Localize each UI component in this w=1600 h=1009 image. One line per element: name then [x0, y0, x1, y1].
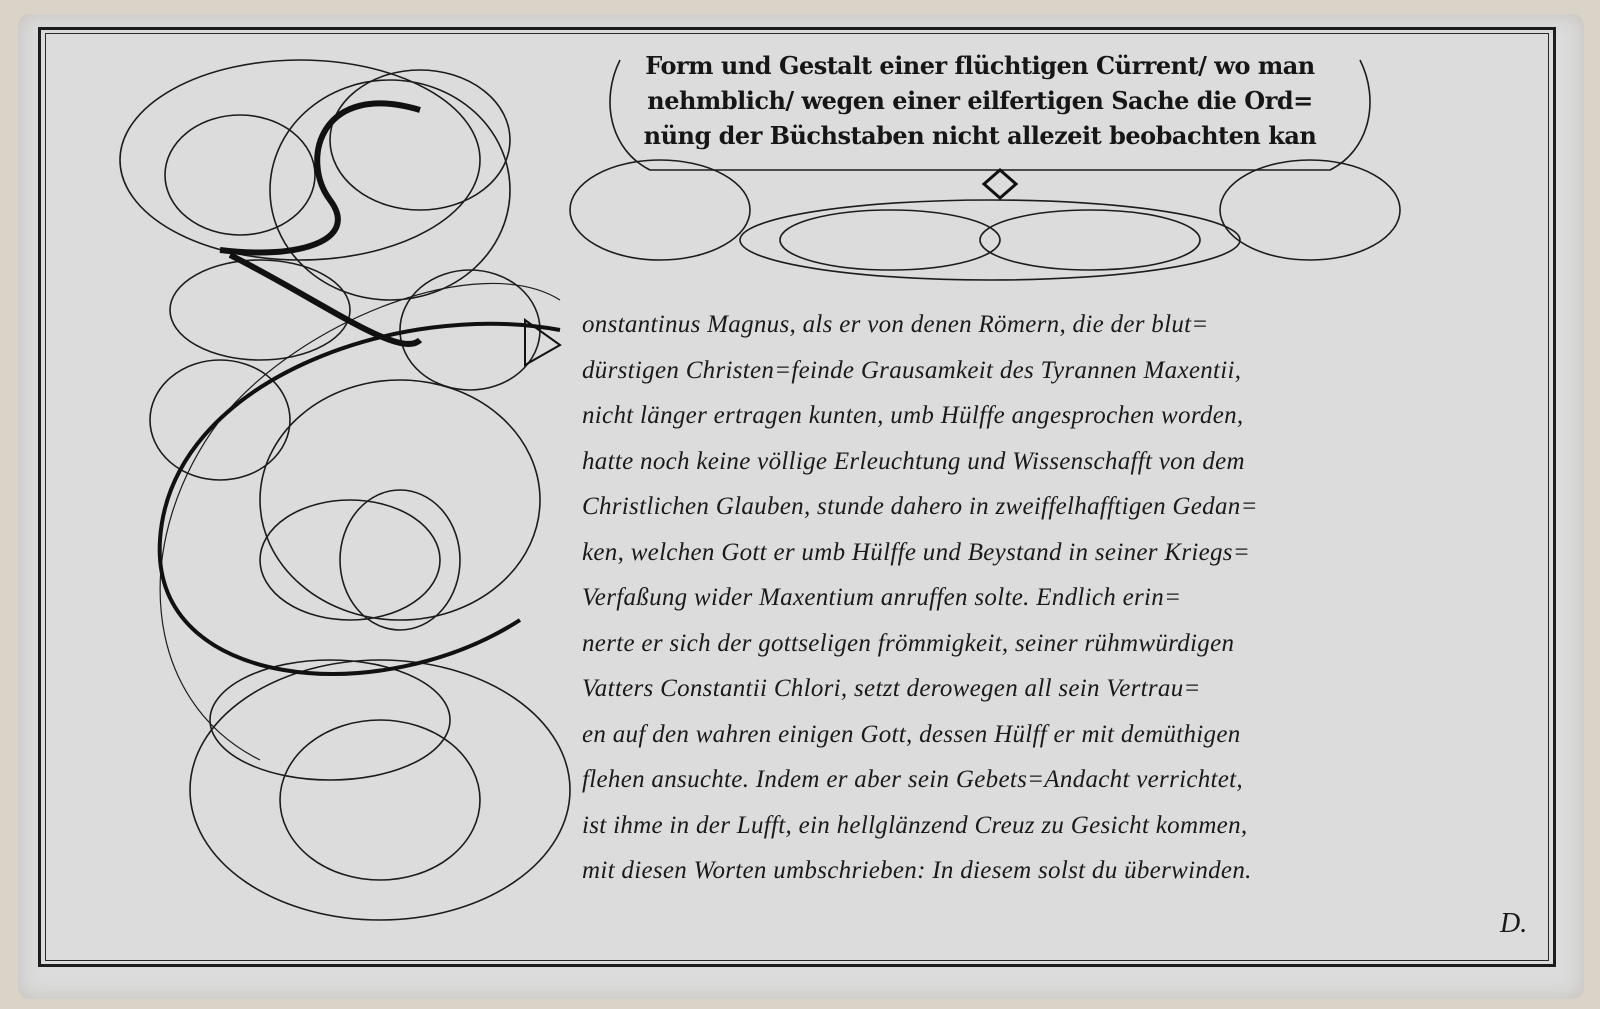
text-line: ist ihme in der Lufft, ein hellglänzend … — [582, 803, 1502, 849]
text-line: Verfaßung wider Maxentium anruffen solte… — [582, 575, 1502, 621]
text-line: dürstigen Christen=feinde Grausamkeit de… — [582, 348, 1502, 394]
title-line: nehmblich/ wegen einer eilfertigen Sache… — [640, 83, 1320, 118]
plate-mark: D. — [1500, 908, 1527, 940]
body-text: onstantinus Magnus, als er von denen Röm… — [582, 302, 1502, 894]
text-line: ken, welchen Gott er umb Hülffe und Beys… — [582, 530, 1502, 576]
title-cartouche: Form und Gestalt einer flüchtigen Cürren… — [640, 48, 1320, 168]
text-line: nicht länger ertragen kunten, umb Hülffe… — [582, 393, 1502, 439]
text-line: Christlichen Glauben, stunde dahero in z… — [582, 484, 1502, 530]
text-line: nerte er sich der gottseligen frömmigkei… — [582, 621, 1502, 667]
text-line: Vatters Constantii Chlori, setzt deroweg… — [582, 666, 1502, 712]
text-line: onstantinus Magnus, als er von denen Röm… — [582, 302, 1502, 348]
title-line: Form und Gestalt einer flüchtigen Cürren… — [640, 48, 1320, 83]
text-line: en auf den wahren einigen Gott, dessen H… — [582, 712, 1502, 758]
text-line: flehen ansuchte. Indem er aber sein Gebe… — [582, 757, 1502, 803]
title-line: nüng der Büchstaben nicht allezeit beoba… — [640, 118, 1320, 153]
flourish-loop — [120, 60, 480, 260]
text-line: hatte noch keine völlige Erleuchtung und… — [582, 439, 1502, 485]
text-line: mit diesen Worten umbschrieben: In diese… — [582, 848, 1502, 894]
